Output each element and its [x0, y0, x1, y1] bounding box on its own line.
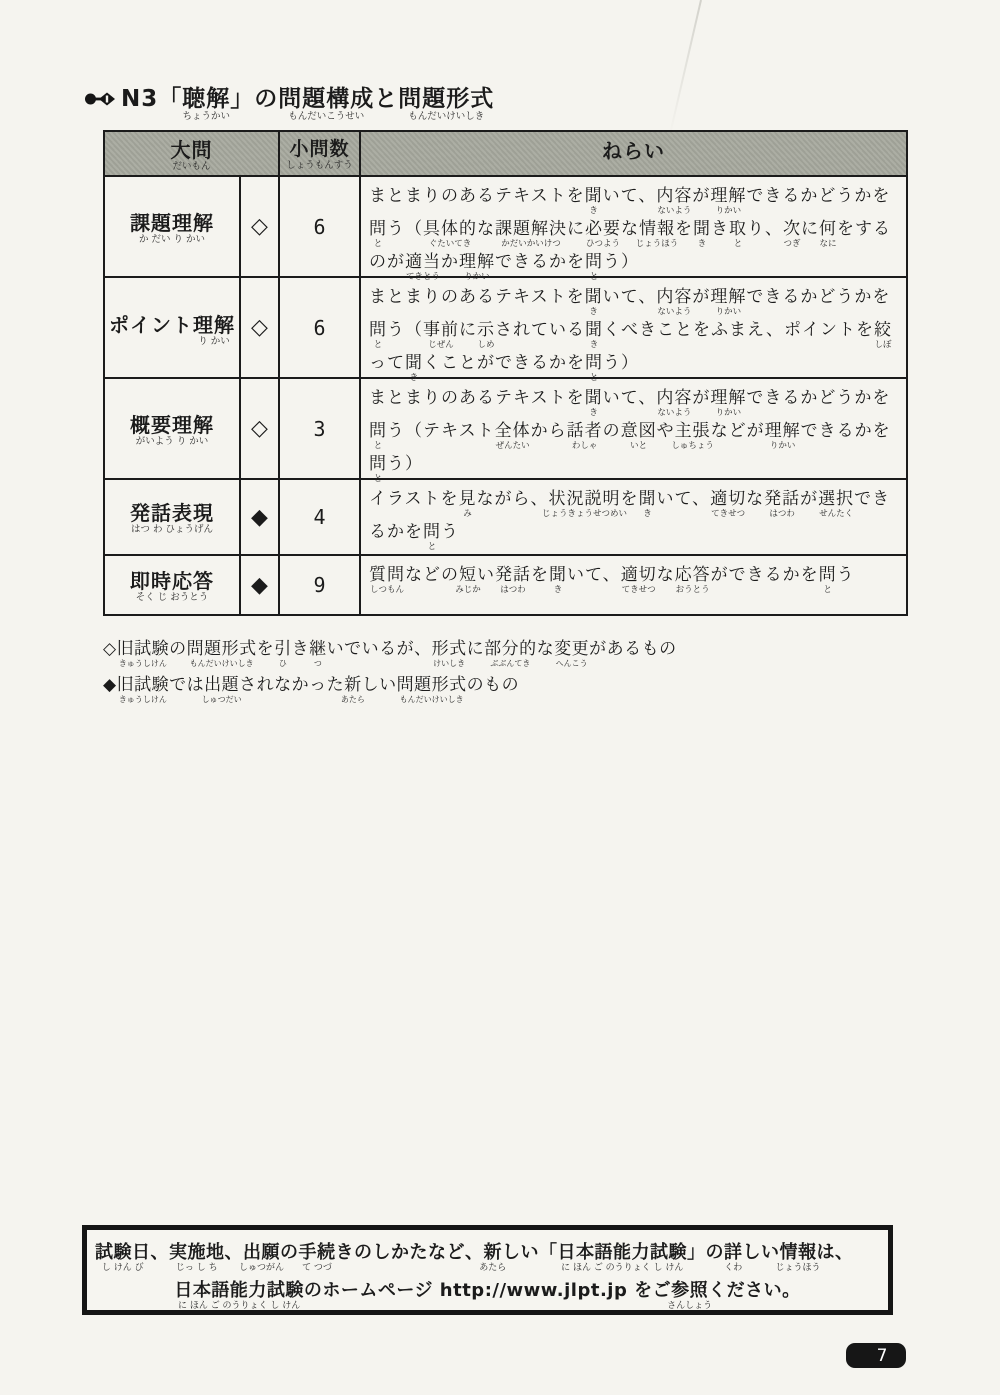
text-segment: などが — [711, 421, 765, 441]
text-segment: は、 — [817, 1242, 854, 1263]
notice-line-2: 日本語能力試験に ほん ご のうりょく し けんのホームページ http://w… — [95, 1276, 880, 1306]
diamond-marker: ◆ — [241, 480, 280, 554]
ruby-segment: 次つぎ — [783, 220, 801, 240]
aim-cell: 質問しつもんなどの短みじかい発話はつわを聞きいて、適切てきせつな応答おうとうがで… — [361, 556, 906, 614]
ruby-segment: 意図いと — [621, 422, 657, 442]
text-segment: しい「 — [502, 1242, 558, 1263]
text-segment: う — [441, 522, 459, 542]
table-header-row: 大問だいもん 小問数しょうもんすう ねらい — [105, 132, 906, 177]
text-segment: う（テキスト — [387, 421, 495, 441]
aim-cell: まとまりのあるテキストを聞きいて、内容ないようが理解りかいできるかどうかを問とう… — [361, 278, 906, 377]
text-segment: り、 — [747, 219, 783, 239]
text-segment: できるかどうかを — [746, 186, 890, 206]
ruby-segment: 理解りかい — [710, 288, 746, 308]
text-segment: う（ — [387, 219, 423, 239]
ruby-segment: 部分的ぶぶんてき — [484, 640, 537, 660]
text-segment: ◆ — [103, 675, 117, 695]
ruby-segment: 事前じぜん — [423, 321, 459, 341]
text-segment: の — [280, 1242, 299, 1263]
text-segment: いでいるが、 — [327, 639, 432, 659]
text-segment: きのしかたなど、 — [336, 1242, 484, 1263]
text-segment: ねらい — [602, 139, 665, 163]
jlpt-info-notice-box: 試験日し けん び、実施地じっ し ち、出願しゅつがんの手続て つづきのしかたな… — [82, 1225, 893, 1315]
question-type-name: 即時応答そく じ おうとう — [105, 556, 241, 614]
ruby-segment: 形式けいしき — [432, 640, 467, 660]
table-row-gaiyo-rikai: 概要理解がいよう り かい ◇ 3 まとまりのあるテキストを聞きいて、内容ないよ… — [105, 379, 906, 480]
notice-line-1: 試験日し けん び、実施地じっ し ち、出願しゅつがんの手続て つづきのしかたな… — [95, 1238, 880, 1268]
ruby-segment: 詳くわ — [724, 1243, 743, 1264]
aim-cell: まとまりのあるテキストを聞きいて、内容ないようが理解りかいできるかどうかを問とう… — [361, 177, 906, 276]
text-segment: や — [657, 421, 675, 441]
question-count: 6 — [280, 278, 361, 377]
ruby-segment: 内容ないよう — [656, 288, 692, 308]
text-segment: しい — [743, 1242, 780, 1263]
ruby-segment: 問と — [369, 422, 387, 442]
ruby-segment: 概要理解がいよう り かい — [130, 414, 214, 437]
question-count: 6 — [280, 177, 361, 276]
ruby-segment: 応答おうとう — [675, 566, 711, 586]
diamond-marker: ◆ — [241, 556, 280, 614]
ruby-segment: 課題解決かだいかいけつ — [495, 220, 567, 240]
ruby-segment: 聞き — [585, 321, 603, 341]
ruby-segment: 聞き — [585, 187, 603, 207]
ruby-segment: 理解りかい — [459, 253, 495, 273]
text-segment: では — [169, 675, 204, 695]
ruby-segment: 話者わしゃ — [567, 422, 603, 442]
text-segment: と — [374, 86, 398, 112]
text-segment: な — [537, 639, 555, 659]
ruby-segment: 実施地じっ し ち — [169, 1243, 225, 1264]
text-segment: の — [603, 421, 621, 441]
ruby-segment: 見み — [459, 490, 477, 510]
text-segment: できるかどうかを — [746, 388, 890, 408]
text-segment: の — [169, 639, 187, 659]
ruby-segment: 大問だいもん — [171, 139, 213, 162]
text-segment: を — [621, 489, 639, 509]
text-segment: を — [675, 219, 693, 239]
text-segment: が — [692, 186, 710, 206]
ruby-segment: 引ひ — [274, 640, 292, 660]
text-segment: に — [467, 639, 485, 659]
ruby-segment: 取と — [729, 220, 747, 240]
ruby-segment: 問と — [819, 566, 837, 586]
table-row-sokuji-oto: 即時応答そく じ おうとう ◆ 9 質問しつもんなどの短みじかい発話はつわを聞き… — [105, 556, 906, 614]
text-segment: う） — [603, 353, 639, 373]
ruby-segment: 情報じょうほう — [639, 220, 675, 240]
text-segment: いて、 — [603, 287, 657, 307]
text-segment: を — [531, 565, 549, 585]
col-header-daimon: 大問だいもん — [105, 132, 280, 175]
ruby-segment: 理解り かい — [193, 314, 235, 337]
text-segment: まとまりのあるテキストを — [369, 287, 585, 307]
ruby-segment: 問題形式もんだいけいしき — [397, 676, 467, 696]
scanned-document-page: { "page": { "number": "7" }, "colors": {… — [0, 0, 1000, 1395]
text-segment: う — [837, 565, 855, 585]
table-row-point-rikai: ポイント理解り かい ◇ 6 まとまりのあるテキストを聞きいて、内容ないようが理… — [105, 278, 906, 379]
table-row-hatsuwa-hyogen: 発話表現はつ わ ひょうげん ◆ 4 イラストを見みながら、状況説明じょうきょう… — [105, 480, 906, 556]
ruby-segment: 主張しゅちょう — [675, 422, 711, 442]
ruby-segment: 適当てきとう — [405, 253, 441, 273]
text-segment: のホームページ http://www.jlpt.jp をご — [304, 1280, 671, 1301]
text-segment: できるかを — [495, 252, 585, 272]
text-segment: な — [657, 565, 675, 585]
ruby-segment: 問と — [585, 354, 603, 374]
text-segment: されなかった — [239, 675, 344, 695]
text-segment: が — [692, 287, 710, 307]
text-segment: などの — [405, 565, 459, 585]
ruby-segment: 即時応答そく じ おうとう — [130, 570, 214, 593]
ruby-segment: 情報じょうほう — [780, 1243, 817, 1264]
ruby-segment: 問と — [369, 455, 387, 475]
ruby-segment: 状況説明じょうきょうせつめい — [549, 490, 621, 510]
ruby-segment: 聞き — [639, 490, 657, 510]
text-segment: か — [441, 252, 459, 272]
text-segment: くことができるかを — [423, 353, 585, 373]
text-segment: できるかを — [801, 421, 891, 441]
ruby-segment: 質問しつもん — [369, 566, 405, 586]
aim-cell: まとまりのあるテキストを聞きいて、内容ないようが理解りかいできるかどうかを問とう… — [361, 379, 906, 478]
ruby-segment: 発話表現はつ わ ひょうげん — [130, 502, 214, 525]
ruby-segment: 旧試験きゅうしけん — [117, 676, 170, 696]
text-segment: イラストを — [369, 489, 459, 509]
question-type-name: 概要理解がいよう り かい — [105, 379, 241, 478]
ruby-segment: 全体ぜんたい — [495, 422, 531, 442]
text-segment: ポイント — [109, 313, 193, 337]
ruby-segment: 問と — [369, 220, 387, 240]
text-segment: な — [621, 219, 639, 239]
text-segment: な — [477, 219, 495, 239]
text-segment: があるもの — [589, 639, 677, 659]
ruby-segment: 理解りかい — [710, 187, 746, 207]
text-segment: う） — [387, 454, 423, 474]
marker-legend: ◇旧試験きゅうしけんの問題形式もんだいけいしきを引ひき継ついでいるが、形式けいし… — [103, 631, 823, 703]
text-segment: 」の — [687, 1242, 724, 1263]
ruby-segment: 内容ないよう — [656, 187, 692, 207]
page-number: 7 — [877, 1346, 888, 1366]
ruby-segment: 理解りかい — [710, 389, 746, 409]
ruby-segment: 問題構成もんだいこうせい — [278, 86, 374, 112]
section-bullet-icon — [84, 91, 118, 111]
ruby-segment: 発話はつわ — [764, 490, 800, 510]
ruby-segment: 理解りかい — [765, 422, 801, 442]
text-segment: まとまりのあるテキストを — [369, 186, 585, 206]
text-segment: な — [746, 489, 764, 509]
aim-cell: イラストを見みながら、状況説明じょうきょうせつめいを聞きいて、適切てきせつな発話… — [361, 480, 906, 554]
text-segment: って — [369, 353, 405, 373]
text-segment: 」の — [230, 86, 278, 112]
text-segment: が — [692, 388, 710, 408]
ruby-segment: 問と — [369, 321, 387, 341]
ruby-segment: 継つ — [309, 640, 327, 660]
ruby-segment: 問と — [423, 523, 441, 543]
question-structure-table: 大問だいもん 小問数しょうもんすう ねらい 課題理解か だい り かい ◇ 6 … — [103, 130, 908, 616]
text-segment: されている — [495, 320, 585, 340]
ruby-segment: 問題形式もんだいけいしき — [187, 640, 257, 660]
ruby-segment: 聴解ちょうかい — [182, 86, 230, 112]
text-segment: 、 — [151, 1242, 170, 1263]
text-segment: を — [257, 639, 275, 659]
ruby-segment: 示しめ — [477, 321, 495, 341]
ruby-segment: 小問数しょうもんすう — [289, 139, 349, 161]
ruby-segment: 日本語能力試験に ほん ご のうりょく し けん — [558, 1243, 688, 1264]
text-segment: ◇ — [103, 639, 117, 659]
text-segment: に — [567, 219, 585, 239]
ruby-segment: 新あたら — [484, 1243, 503, 1264]
ruby-segment: 課題理解か だい り かい — [130, 212, 214, 235]
ruby-segment: 適切てきせつ — [621, 566, 657, 586]
diamond-marker: ◇ — [241, 278, 280, 377]
ruby-segment: 手続て つづ — [299, 1243, 336, 1264]
ruby-segment: 聞き — [585, 389, 603, 409]
text-segment: いて、 — [603, 388, 657, 408]
ruby-segment: 聞き — [549, 566, 567, 586]
text-segment: まとまりのあるテキストを — [369, 388, 585, 408]
text-segment: に — [459, 320, 477, 340]
ruby-segment: 変更へんこう — [554, 640, 589, 660]
text-segment: いて、 — [657, 489, 711, 509]
text-segment: ながら、 — [477, 489, 549, 509]
page-title-text: N3「聴解ちょうかい」の問題構成もんだいこうせいと問題形式もんだいけいしき — [121, 86, 494, 114]
page-title: N3「聴解ちょうかい」の問題構成もんだいこうせいと問題形式もんだいけいしき — [84, 86, 494, 114]
legend-filled-diamond: ◆旧試験きゅうしけんでは出題しゅつだいされなかった新あたらしい問題形式もんだいけ… — [103, 667, 823, 703]
question-count: 3 — [280, 379, 361, 478]
diamond-marker: ◇ — [241, 177, 280, 276]
ruby-segment: 聞き — [693, 220, 711, 240]
question-type-name: 発話表現はつ わ ひょうげん — [105, 480, 241, 554]
question-count: 9 — [280, 556, 361, 614]
legend-open-diamond: ◇旧試験きゅうしけんの問題形式もんだいけいしきを引ひき継ついでいるが、形式けいし… — [103, 631, 823, 667]
ruby-segment: 問と — [585, 253, 603, 273]
text-segment: う） — [603, 252, 639, 272]
text-segment: き — [292, 639, 310, 659]
col-header-shomonsu: 小問数しょうもんすう — [280, 132, 361, 175]
text-segment: が — [800, 489, 818, 509]
text-segment: いて、 — [567, 565, 621, 585]
ruby-segment: 参照さんしょう — [671, 1281, 708, 1302]
table-row-kadai-rikai: 課題理解か だい り かい ◇ 6 まとまりのあるテキストを聞きいて、内容ないよ… — [105, 177, 906, 278]
ruby-segment: 選択せんたく — [818, 490, 854, 510]
text-segment: い — [477, 565, 495, 585]
ruby-segment: 新あたら — [344, 676, 362, 696]
text-segment: できるかどうかを — [746, 287, 890, 307]
diamond-marker: ◇ — [241, 379, 280, 478]
ruby-segment: 絞しぼ — [874, 321, 892, 341]
ruby-segment: 何なに — [819, 220, 837, 240]
text-segment: から — [531, 421, 567, 441]
text-segment: ができるかを — [711, 565, 819, 585]
ruby-segment: 日本語能力試験に ほん ご のうりょく し けん — [174, 1281, 304, 1302]
ruby-segment: 出題しゅつだい — [204, 676, 239, 696]
ruby-segment: 発話はつわ — [495, 566, 531, 586]
text-segment: き — [711, 219, 729, 239]
ruby-segment: 旧試験きゅうしけん — [117, 640, 170, 660]
ruby-segment: 内容ないよう — [656, 389, 692, 409]
ruby-segment: 出願しゅつがん — [243, 1243, 280, 1264]
ruby-segment: 具体的ぐたいてき — [423, 220, 477, 240]
text-segment: いて、 — [603, 186, 657, 206]
col-header-nerai: ねらい — [361, 132, 906, 175]
ruby-segment: 必要ひつよう — [585, 220, 621, 240]
ruby-segment: 問題形式もんだいけいしき — [398, 86, 494, 112]
question-count: 4 — [280, 480, 361, 554]
ruby-segment: 試験日し けん び — [95, 1243, 151, 1264]
text-segment: に — [801, 219, 819, 239]
text-segment: N3「 — [121, 86, 182, 112]
ruby-segment: 短みじか — [459, 566, 477, 586]
text-segment: のもの — [467, 675, 520, 695]
text-segment: しい — [362, 675, 397, 695]
text-segment: くべきことをふまえ、ポイントを — [603, 320, 874, 340]
ruby-segment: 聞き — [405, 354, 423, 374]
question-type-name: ポイント理解り かい — [105, 278, 241, 377]
text-segment: う（ — [387, 320, 423, 340]
text-segment: 、 — [225, 1242, 244, 1263]
page-number-badge: 7 — [846, 1343, 906, 1368]
scan-crease — [669, 0, 702, 137]
text-segment: ください。 — [708, 1280, 801, 1301]
ruby-segment: 適切てきせつ — [710, 490, 746, 510]
ruby-segment: 聞き — [585, 288, 603, 308]
question-type-name: 課題理解か だい り かい — [105, 177, 241, 276]
